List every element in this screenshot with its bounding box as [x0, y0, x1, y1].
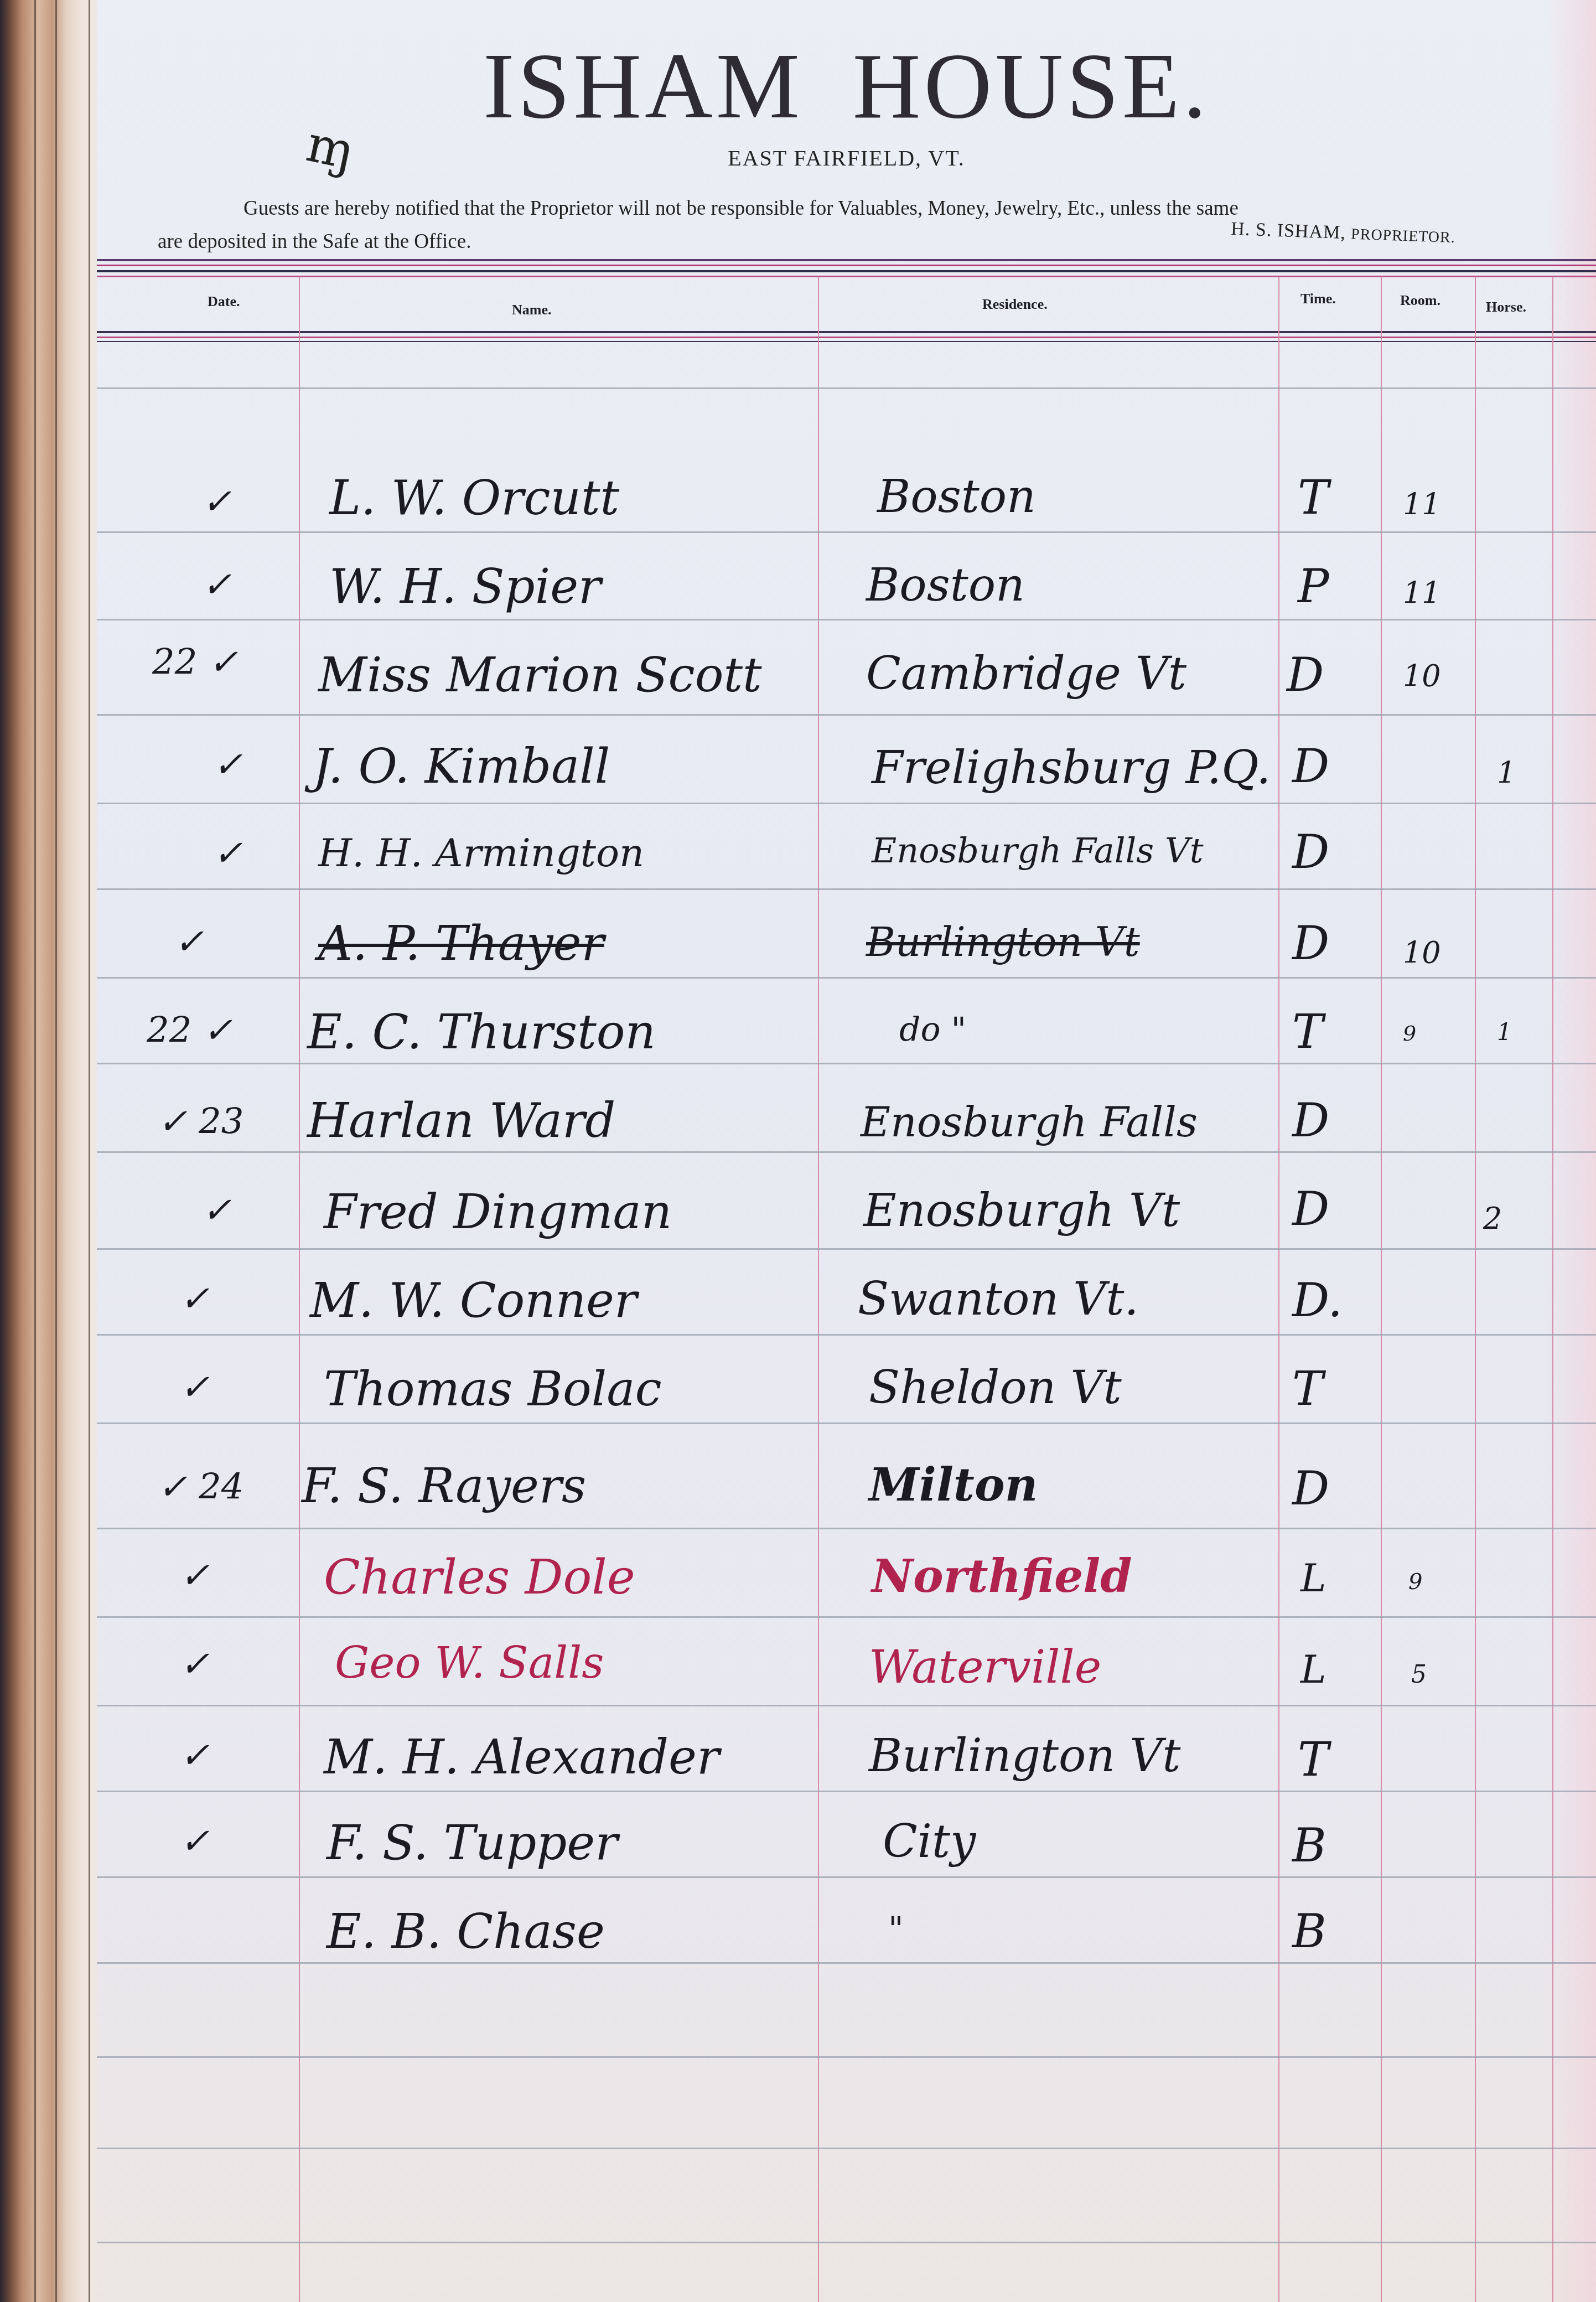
- header-rule: [97, 259, 1596, 261]
- entry-residence: Burlington Vt: [869, 1730, 1180, 1782]
- title-isham: ISHAM: [483, 34, 803, 138]
- column-header-date: Date.: [208, 293, 240, 310]
- ruled-line: [97, 2242, 1596, 2243]
- ruled-line: [97, 387, 1596, 389]
- entry-time: D: [1292, 739, 1329, 793]
- ruled-line: [97, 1422, 1596, 1424]
- entry-room: 9: [1408, 1569, 1422, 1595]
- entry-time: T: [1298, 1732, 1329, 1787]
- entry-residence: do ": [899, 1010, 966, 1049]
- entry-time: D: [1292, 1093, 1329, 1147]
- entry-time: D.: [1292, 1273, 1343, 1327]
- entry-name: M. W. Conner: [310, 1273, 637, 1328]
- entry-name: F. S. Tupper: [327, 1815, 618, 1871]
- entry-residence: Northfield: [872, 1550, 1132, 1603]
- entry-residence: Boston: [866, 559, 1025, 612]
- entry-room: 10: [1403, 659, 1441, 694]
- ruled-line: [97, 1791, 1596, 1792]
- entry-room: 9: [1403, 1021, 1416, 1046]
- entry-room: 5: [1411, 1660, 1427, 1689]
- entry-time: D: [1287, 648, 1324, 702]
- ruled-line: [97, 714, 1596, 716]
- entry-time: L: [1300, 1555, 1326, 1601]
- column-header-rule: [97, 341, 1596, 342]
- column-divider: [1552, 277, 1553, 2302]
- entry-date: ✓: [213, 833, 243, 874]
- entry-name: Geo W. Salls: [335, 1638, 604, 1688]
- notice-line-1: Guests are hereby notified that the Prop…: [243, 196, 1239, 220]
- entry-name: W. H. Spier: [329, 559, 601, 614]
- ruled-line: [97, 1705, 1596, 1706]
- ruled-line: [97, 1962, 1596, 1964]
- entry-residence: Cambridge Vt: [866, 648, 1186, 700]
- entry-date: ✓ 23: [158, 1101, 243, 1142]
- entry-date: ✓: [180, 1279, 210, 1320]
- binding-edge: [55, 0, 57, 2302]
- entry-time: P: [1298, 559, 1329, 613]
- entry-name: Thomas Bolac: [324, 1362, 662, 1417]
- column-header-horse: Horse.: [1486, 299, 1526, 315]
- entry-date: ✓: [202, 1190, 232, 1231]
- ruled-line: [97, 977, 1596, 979]
- entry-residence: Frelighsburg P.Q.: [872, 742, 1271, 794]
- ruled-line: [97, 888, 1596, 890]
- title-house: HOUSE.: [853, 34, 1210, 138]
- entry-room: 11: [1403, 576, 1441, 611]
- register-page: ISHAMHOUSE. ɱ EAST FAIRFIELD, VT. Guests…: [97, 0, 1596, 2302]
- ruled-line: [97, 1334, 1596, 1336]
- entry-time: D: [1292, 825, 1329, 879]
- entry-date: ✓: [202, 565, 232, 606]
- binding-edge: [89, 0, 90, 2302]
- entry-date: ✓ 24: [158, 1467, 243, 1508]
- column-divider: [1381, 277, 1382, 2302]
- header-rule: [97, 265, 1596, 266]
- entry-time: T: [1292, 1362, 1323, 1416]
- entry-time: T: [1298, 470, 1329, 525]
- binding-edge: [34, 0, 36, 2302]
- entry-date: ✓: [213, 744, 243, 785]
- entry-date: ✓: [180, 1644, 210, 1685]
- location: EAST FAIRFIELD, VT.: [97, 145, 1596, 171]
- header-rule: [97, 276, 1596, 277]
- entry-horse: 1: [1497, 756, 1516, 790]
- ruled-line: [97, 1876, 1596, 1878]
- entry-date: ✓: [180, 1367, 210, 1408]
- entry-residence: Enosburgh Falls: [861, 1099, 1198, 1146]
- entry-room: 10: [1403, 935, 1441, 970]
- entry-room: 11: [1403, 487, 1441, 522]
- ruled-line: [97, 1151, 1596, 1153]
- entry-date: 22 ✓: [147, 1010, 232, 1051]
- entry-horse: 1: [1497, 1018, 1512, 1046]
- entry-time: D: [1292, 916, 1329, 970]
- proprietor: H. S. ISHAM, PROPRIETOR.: [1231, 219, 1456, 247]
- entry-time: L: [1300, 1647, 1326, 1692]
- column-divider: [299, 277, 300, 2302]
- entry-residence: Boston: [877, 470, 1036, 523]
- entry-residence: Swanton Vt.: [858, 1273, 1139, 1326]
- entry-name: H. H. Armington: [318, 830, 644, 876]
- column-header-rule: [97, 331, 1596, 333]
- column-header-room: Room.: [1400, 292, 1440, 309]
- entry-name: L. W. Orcutt: [329, 470, 619, 526]
- entry-name: Harlan Ward: [307, 1093, 615, 1149]
- entry-name: E. C. Thurston: [307, 1005, 656, 1060]
- entry-residence: ": [888, 1910, 904, 1948]
- ruled-line: [97, 1616, 1596, 1618]
- ruled-line: [97, 619, 1596, 620]
- entry-name: F. S. Rayers: [302, 1458, 586, 1514]
- entry-name: E. B. Chase: [327, 1904, 605, 1959]
- entry-name: Miss Marion Scott: [318, 648, 762, 703]
- entry-time: D: [1292, 1182, 1329, 1236]
- entry-name: Charles Dole: [324, 1550, 635, 1605]
- header-rule: [97, 270, 1596, 272]
- column-header-time: Time.: [1300, 291, 1336, 307]
- entry-date: ✓: [180, 1735, 210, 1776]
- entry-time: B: [1292, 1904, 1326, 1958]
- entry-horse: 2: [1483, 1201, 1502, 1236]
- entry-residence: Enosburgh Falls Vt: [872, 830, 1204, 871]
- entry-name: Fred Dingman: [324, 1184, 672, 1240]
- proprietor-title: PROPRIETOR.: [1351, 226, 1456, 247]
- ruled-line: [97, 2148, 1596, 2149]
- ruled-line: [97, 2056, 1596, 2058]
- entry-name: J. O. Kimball: [313, 739, 610, 794]
- column-divider: [818, 277, 819, 2302]
- entry-date: ✓: [180, 1555, 210, 1596]
- ruled-line: [97, 803, 1596, 804]
- entry-residence: City: [883, 1815, 976, 1868]
- ruled-line: [97, 1063, 1596, 1064]
- entry-residence: Sheldon Vt: [869, 1362, 1122, 1414]
- column-divider: [1475, 277, 1476, 2302]
- entry-name: M. H. Alexander: [324, 1730, 719, 1785]
- entry-time: D: [1292, 1461, 1329, 1515]
- column-header-name: Name.: [512, 302, 551, 318]
- ruled-line: [97, 1248, 1596, 1250]
- column-header-rule: [97, 337, 1596, 338]
- entry-residence: Waterville: [869, 1641, 1101, 1694]
- entry-time: B: [1292, 1818, 1326, 1872]
- proprietor-name: H. S. ISHAM,: [1231, 219, 1351, 244]
- column-header-residence: Residence.: [982, 296, 1048, 313]
- entry-name: A. P. Thayer: [318, 916, 604, 971]
- column-divider: [1278, 277, 1279, 2302]
- ruled-line: [97, 1528, 1596, 1529]
- entry-residence: Burlington Vt: [866, 919, 1140, 965]
- book-binding: [0, 0, 100, 2302]
- entry-time: T: [1292, 1005, 1323, 1059]
- entry-date: ✓: [174, 922, 204, 963]
- entry-date: ✓: [202, 482, 232, 523]
- entry-date: 22 ✓: [152, 642, 238, 683]
- entry-residence: Enosburgh Vt: [863, 1184, 1180, 1237]
- entry-residence: Milton: [869, 1458, 1038, 1512]
- ruled-line: [97, 531, 1596, 533]
- entry-date: ✓: [180, 1821, 210, 1862]
- notice-line-2: are deposited in the Safe at the Office.: [158, 230, 471, 254]
